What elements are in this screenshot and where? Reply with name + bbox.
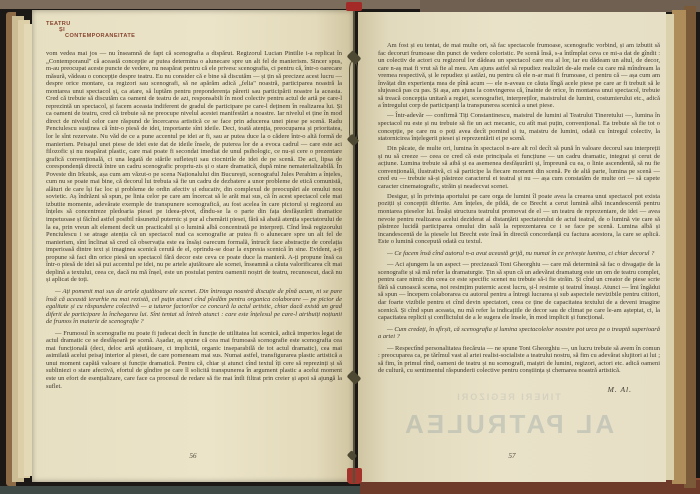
left-page: TEATRU ȘI CONTEMPORANEITATE vom vedea ma…: [32, 10, 354, 482]
right-page: TINERI REGIZORI AL PATRULEA Am fost și e…: [358, 12, 666, 482]
bleedthrough-title: AL PATRULEA: [368, 409, 648, 440]
spine-headband: [346, 2, 362, 11]
paragraph: Desigur, și în privința aportului pe car…: [378, 193, 660, 246]
left-page-text: vom vedea mai jos — nu înseamnă de fapt …: [46, 50, 342, 393]
binding-cord: [353, 11, 355, 483]
paragraph: — Cum credeți, în sfîrșit, că scenografi…: [378, 326, 660, 341]
right-page-edges: [672, 10, 686, 484]
bleedthrough-subtitle: TINERI REGIZORI: [368, 392, 648, 402]
paragraph: — Respectînd personalitatea fiecăruia — …: [378, 345, 660, 375]
author-initials: M. Al.: [608, 385, 632, 394]
right-page-number: 57: [358, 452, 666, 460]
book-spread-photo: TEATRU ȘI CONTEMPORANEITATE vom vedea ma…: [0, 0, 700, 494]
table-surface-top-right: [420, 0, 700, 12]
paragraph: — Într-adevăr — confirmă Tiți Constantin…: [378, 112, 660, 142]
paragraph: Din păcate, de multe ori, lumina în spec…: [378, 145, 660, 190]
section-header: TEATRU ȘI CONTEMPORANEITATE: [46, 21, 135, 40]
paragraph: — Frumosul în scenografie nu poate fi ju…: [46, 330, 342, 390]
paragraph: Am fost și eu tentat, de mai multe ori, …: [378, 42, 660, 110]
right-page-text: Am fost și eu tentat, de mai multe ori, …: [378, 42, 660, 377]
left-page-number: 56: [32, 452, 354, 460]
paragraph: — Ce facem însă cînd autorul n-a avut ac…: [378, 250, 660, 258]
table-surface-bottom: [0, 486, 362, 494]
paragraph: — Aci ajungem la un aspect — precizează …: [378, 261, 660, 321]
header-line-3: CONTEMPORANEITATE: [65, 33, 135, 39]
paragraph: — Ați pomenit mai sus de artele ajutătoa…: [46, 288, 342, 326]
paragraph: vom vedea mai jos — nu înseamnă de fapt …: [46, 50, 342, 284]
